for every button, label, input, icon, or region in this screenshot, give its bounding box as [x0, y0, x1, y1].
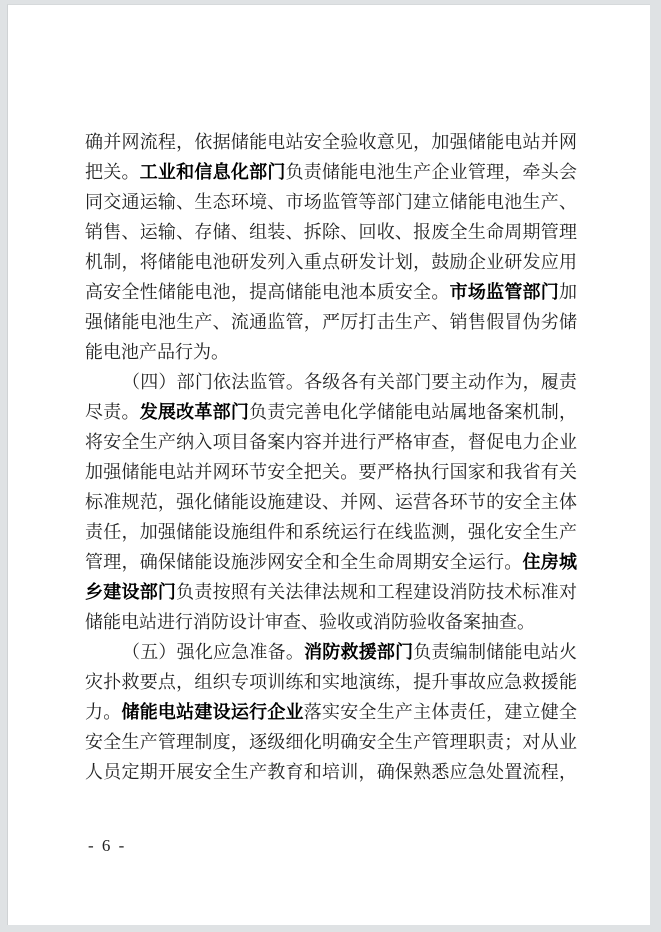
- text-segment: 加: [559, 282, 577, 302]
- text-segment: 储能电站进行消防设计审查、验收或消防验收备案抽查。: [85, 612, 535, 632]
- text-segment: 尽责。: [85, 402, 140, 422]
- text-segment: 负责完善电化学储能电站属地备案机制，: [249, 402, 577, 422]
- text-segment: 力。: [85, 702, 121, 722]
- text-line: 加强储能电站并网环节安全把关。要严格执行国家和我省有关: [85, 457, 577, 487]
- text-line: 销售、运输、存储、组装、拆除、回收、报废全生命周期管理: [85, 217, 577, 247]
- text-segment: 安全生产管理制度，逐级细化明确安全生产管理职责；对从业: [85, 732, 577, 752]
- department-name-bold: 储能电站建设运行企业: [121, 702, 303, 722]
- text-line: 储能电站进行消防设计审查、验收或消防验收备案抽查。: [85, 607, 577, 637]
- text-line: 强储能电池生产、流通监管，严厉打击生产、销售假冒伪劣储: [85, 307, 577, 337]
- text-segment: 责任，加强储能设施组件和系统运行在线监测，强化安全生产: [85, 522, 577, 542]
- text-segment: 管理，确保储能设施涉网安全和全生命周期安全运行。: [85, 552, 523, 572]
- document-body: 确并网流程，依据储能电站安全验收意见，加强储能电站并网把关。工业和信息化部门负责…: [85, 127, 577, 787]
- text-segment: 强储能电池生产、流通监管，严厉打击生产、销售假冒伪劣储: [85, 312, 577, 332]
- text-line: 尽责。发展改革部门负责完善电化学储能电站属地备案机制，: [85, 397, 577, 427]
- text-line: 机制，将储能电池研发列入重点研发计划，鼓励企业研发应用: [85, 247, 577, 277]
- text-segment: 确并网流程，依据储能电站安全验收意见，加强储能电站并网: [85, 132, 577, 152]
- department-name-bold: 消防救援部门: [304, 642, 413, 662]
- text-line: 管理，确保储能设施涉网安全和全生命周期安全运行。住房城: [85, 547, 577, 577]
- text-segment: 销售、运输、存储、组装、拆除、回收、报废全生命周期管理: [85, 222, 577, 242]
- department-name-bold: 发展改革部门: [140, 402, 249, 422]
- text-segment: 落实安全生产主体责任，建立健全: [304, 702, 577, 722]
- text-line: 责任，加强储能设施组件和系统运行在线监测，强化安全生产: [85, 517, 577, 547]
- text-segment: （五）强化应急准备。: [122, 642, 304, 662]
- text-segment: （四）部门依法监管。各级各有关部门要主动作为，履责: [122, 372, 577, 392]
- text-line: 力。储能电站建设运行企业落实安全生产主体责任，建立健全: [85, 697, 577, 727]
- text-segment: 同交通运输、生态环境、市场监管等部门建立储能电池生产、: [85, 192, 577, 212]
- text-segment: 能电池产品行为。: [85, 342, 229, 362]
- text-line: （五）强化应急准备。消防救援部门负责编制储能电站火: [85, 637, 577, 667]
- text-segment: 标准规范，强化储能设施建设、并网、运营各环节的安全主体: [85, 492, 577, 512]
- text-line: 高安全性储能电池，提高储能电池本质安全。市场监管部门加: [85, 277, 577, 307]
- text-line: 标准规范，强化储能设施建设、并网、运营各环节的安全主体: [85, 487, 577, 517]
- text-line: 同交通运输、生态环境、市场监管等部门建立储能电池生产、: [85, 187, 577, 217]
- department-name-bold: 市场监管部门: [450, 282, 559, 302]
- text-segment: 加强储能电站并网环节安全把关。要严格执行国家和我省有关: [85, 462, 577, 482]
- text-line: 能电池产品行为。: [85, 337, 577, 367]
- text-line: （四）部门依法监管。各级各有关部门要主动作为，履责: [85, 367, 577, 397]
- text-line: 安全生产管理制度，逐级细化明确安全生产管理职责；对从业: [85, 727, 577, 757]
- text-line: 人员定期开展安全生产教育和培训，确保熟悉应急处置流程，: [85, 757, 577, 787]
- text-segment: 机制，将储能电池研发列入重点研发计划，鼓励企业研发应用: [85, 252, 577, 272]
- department-name-bold: 乡建设部门: [85, 582, 176, 602]
- text-segment: 负责编制储能电站火: [413, 642, 577, 662]
- text-line: 确并网流程，依据储能电站安全验收意见，加强储能电站并网: [85, 127, 577, 157]
- document-page: 确并网流程，依据储能电站安全验收意见，加强储能电站并网把关。工业和信息化部门负责…: [7, 4, 650, 925]
- text-segment: 灾扑救要点，组织专项训练和实地演练，提升事故应急救援能: [85, 672, 577, 692]
- text-line: 将安全生产纳入项目备案内容并进行严格审查，督促电力企业: [85, 427, 577, 457]
- scanned-page-canvas: 确并网流程，依据储能电站安全验收意见，加强储能电站并网把关。工业和信息化部门负责…: [0, 0, 661, 932]
- department-name-bold: 工业和信息化部门: [140, 162, 286, 182]
- text-segment: 把关。: [85, 162, 140, 182]
- text-line: 乡建设部门负责按照有关法律法规和工程建设消防技术标准对: [85, 577, 577, 607]
- text-line: 灾扑救要点，组织专项训练和实地演练，提升事故应急救援能: [85, 667, 577, 697]
- text-line: 把关。工业和信息化部门负责储能电池生产企业管理，牵头会: [85, 157, 577, 187]
- page-number: - 6 -: [88, 836, 126, 856]
- text-segment: 人员定期开展安全生产教育和培训，确保熟悉应急处置流程，: [85, 762, 577, 782]
- text-segment: 高安全性储能电池，提高储能电池本质安全。: [85, 282, 450, 302]
- text-segment: 负责储能电池生产企业管理，牵头会: [286, 162, 577, 182]
- text-segment: 负责按照有关法律法规和工程建设消防技术标准对: [176, 582, 577, 602]
- text-segment: 将安全生产纳入项目备案内容并进行严格审查，督促电力企业: [85, 432, 577, 452]
- department-name-bold: 住房城: [523, 552, 577, 572]
